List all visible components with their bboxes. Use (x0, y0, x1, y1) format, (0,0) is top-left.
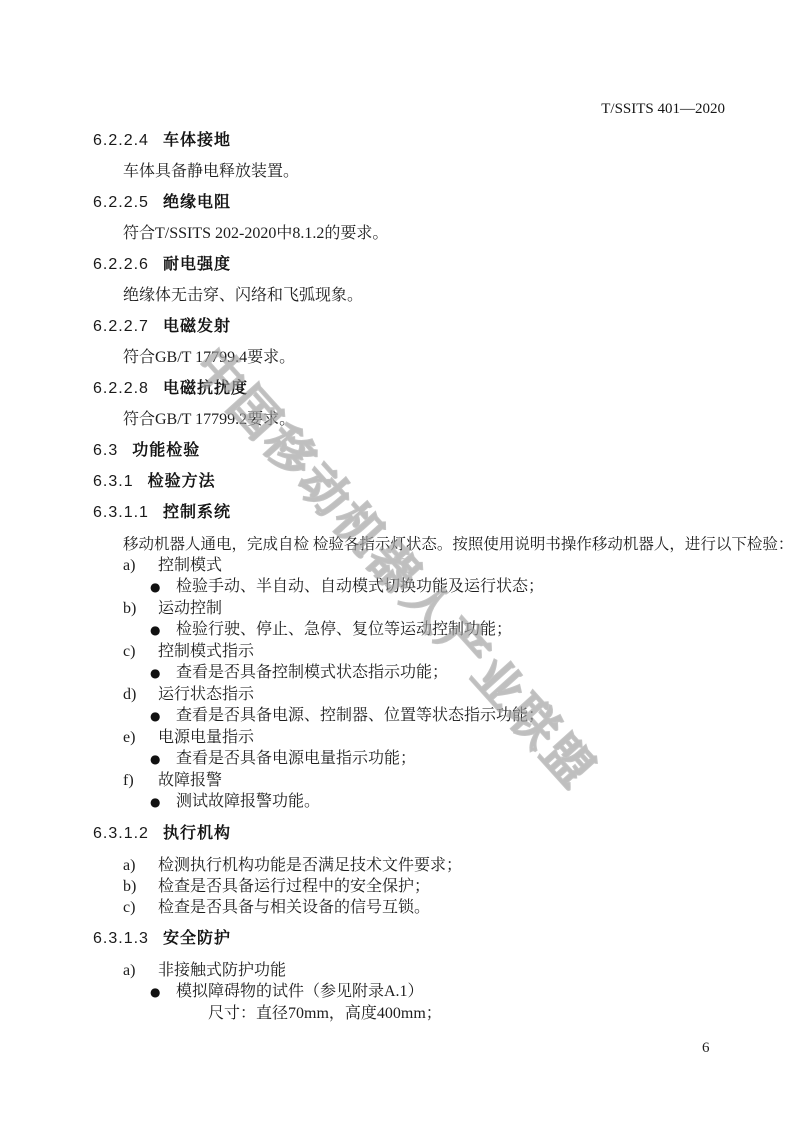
section-number: 6.3.1.3 (93, 929, 149, 949)
list-item-text: 检查是否具备与相关设备的信号互锁。 (158, 897, 430, 918)
list-item: ● 模拟障碍物的试件（参见附录A.1） (93, 981, 755, 1003)
list-item-text: 测试故障报警功能。 (176, 791, 320, 812)
body-paragraph: 符合GB/T 17799.4要求。 (93, 348, 755, 368)
section-title: 控制系统 (163, 503, 231, 523)
section-title: 检验方法 (148, 472, 216, 492)
section-number: 6.2.2.7 (93, 317, 149, 337)
bullet-marker: ● (150, 982, 176, 1003)
section-number: 6.2.2.4 (93, 131, 149, 151)
list-marker: a) (123, 555, 158, 576)
list-item: b) 检查是否具备运行过程中的安全保护； (93, 876, 755, 897)
header-doc-code: T/SSITS 401—2020 (93, 100, 725, 118)
section-title: 耐电强度 (163, 255, 231, 275)
list-item: ● 检验手动、半自动、自动模式切换功能及运行状态； (93, 576, 755, 598)
section-title: 功能检验 (132, 441, 200, 461)
section-number: 6.2.2.5 (93, 193, 149, 213)
heading-6-2-2-8: 6.2.2.8 电磁抗扰度 (93, 379, 755, 399)
heading-6-2-2-6: 6.2.2.6 耐电强度 (93, 255, 755, 275)
bullet-marker: ● (150, 749, 176, 770)
section-number: 6.2.2.6 (93, 255, 149, 275)
list-item-text: 故障报警 (158, 770, 222, 791)
list-item: ● 检验行驶、停止、急停、复位等运动控制功能； (93, 619, 755, 641)
section-title: 电磁抗扰度 (163, 379, 248, 399)
list-item: ● 测试故障报警功能。 (93, 791, 755, 813)
checklist-control-system: a) 控制模式 ● 检验手动、半自动、自动模式切换功能及运行状态； b) 运动控… (93, 555, 755, 813)
bullet-marker: ● (150, 706, 176, 727)
list-item-text: 查看是否具备电源、控制器、位置等状态指示功能； (176, 705, 544, 726)
intro-paragraph: 移动机器人通电，完成自检 检验各指示灯状态。按照使用说明书操作移动机器人，进行以… (93, 534, 755, 555)
list-item-text: 控制模式指示 (158, 641, 254, 662)
heading-6-2-2-5: 6.2.2.5 绝缘电阻 (93, 193, 755, 213)
list-marker: e) (123, 727, 158, 748)
list-item: 尺寸：直径70mm，高度400mm； (93, 1003, 755, 1024)
body-paragraph: 绝缘体无击穿、闪络和飞弧现象。 (93, 286, 755, 306)
list-item-text: 检查是否具备运行过程中的安全保护； (158, 876, 430, 897)
list-item: ● 查看是否具备电源电量指示功能； (93, 748, 755, 770)
list-item-text: 运行状态指示 (158, 684, 254, 705)
list-item: a) 非接触式防护功能 (93, 960, 755, 981)
list-item: f) 故障报警 (93, 770, 755, 791)
body-paragraph: 符合GB/T 17799.2要求。 (93, 410, 755, 430)
list-item: ● 查看是否具备控制模式状态指示功能； (93, 662, 755, 684)
list-marker: d) (123, 684, 158, 705)
list-item: e) 电源电量指示 (93, 727, 755, 748)
list-item-text: 模拟障碍物的试件（参见附录A.1） (176, 981, 424, 1002)
list-item-text: 检测执行机构功能是否满足技术文件要求； (158, 855, 462, 876)
heading-6-3: 6.3 功能检验 (93, 441, 755, 461)
section-title: 安全防护 (163, 929, 231, 949)
bullet-marker: ● (150, 577, 176, 598)
heading-6-3-1-2: 6.3.1.2 执行机构 (93, 824, 755, 844)
heading-6-2-2-4: 6.2.2.4 车体接地 (93, 131, 755, 151)
list-item: c) 控制模式指示 (93, 641, 755, 662)
list-item-text: 检验手动、半自动、自动模式切换功能及运行状态； (176, 576, 544, 597)
section-title: 车体接地 (163, 131, 231, 151)
list-item-text: 查看是否具备控制模式状态指示功能； (176, 662, 448, 683)
checklist-safety: a) 非接触式防护功能 ● 模拟障碍物的试件（参见附录A.1） 尺寸：直径70m… (93, 960, 755, 1024)
list-item-text: 尺寸：直径70mm，高度400mm； (208, 1003, 442, 1024)
body-paragraph: 车体具备静电释放装置。 (93, 162, 755, 182)
heading-6-3-1: 6.3.1 检验方法 (93, 472, 755, 492)
list-item-text: 电源电量指示 (158, 727, 254, 748)
document-page: 中国移动机器人产业联盟 T/SSITS 401—2020 6.2.2.4 车体接… (0, 0, 800, 1132)
section-number: 6.2.2.8 (93, 379, 149, 399)
list-item-text: 检验行驶、停止、急停、复位等运动控制功能； (176, 619, 512, 640)
list-marker: f) (123, 770, 158, 791)
section-title: 电磁发射 (163, 317, 231, 337)
bullet-marker: ● (150, 663, 176, 684)
body-paragraph: 符合T/SSITS 202-2020中8.1.2的要求。 (93, 224, 755, 244)
section-number: 6.3.1.2 (93, 824, 149, 844)
heading-6-3-1-3: 6.3.1.3 安全防护 (93, 929, 755, 949)
list-item: d) 运行状态指示 (93, 684, 755, 705)
list-item: ● 查看是否具备电源、控制器、位置等状态指示功能； (93, 705, 755, 727)
section-number: 6.3.1.1 (93, 503, 149, 523)
heading-6-3-1-1: 6.3.1.1 控制系统 (93, 503, 755, 523)
section-number: 6.3.1 (93, 472, 134, 492)
list-item-text: 控制模式 (158, 555, 222, 576)
heading-6-2-2-7: 6.2.2.7 电磁发射 (93, 317, 755, 337)
list-marker: a) (123, 855, 158, 876)
list-item: a) 控制模式 (93, 555, 755, 576)
list-marker: c) (123, 897, 158, 918)
section-number: 6.3 (93, 441, 118, 461)
list-item: c) 检查是否具备与相关设备的信号互锁。 (93, 897, 755, 918)
section-title: 执行机构 (163, 824, 231, 844)
list-marker: c) (123, 641, 158, 662)
list-item-text: 非接触式防护功能 (158, 960, 286, 981)
list-item-text: 查看是否具备电源电量指示功能； (176, 748, 416, 769)
list-marker: b) (123, 876, 158, 897)
checklist-actuator: a) 检测执行机构功能是否满足技术文件要求； b) 检查是否具备运行过程中的安全… (93, 855, 755, 918)
list-marker: b) (123, 598, 158, 619)
bullet-marker: ● (150, 620, 176, 641)
page-number: 6 (702, 1039, 710, 1057)
list-item: a) 检测执行机构功能是否满足技术文件要求； (93, 855, 755, 876)
list-item: b) 运动控制 (93, 598, 755, 619)
bullet-marker: ● (150, 792, 176, 813)
list-item-text: 运动控制 (158, 598, 222, 619)
list-marker: a) (123, 960, 158, 981)
section-title: 绝缘电阻 (163, 193, 231, 213)
